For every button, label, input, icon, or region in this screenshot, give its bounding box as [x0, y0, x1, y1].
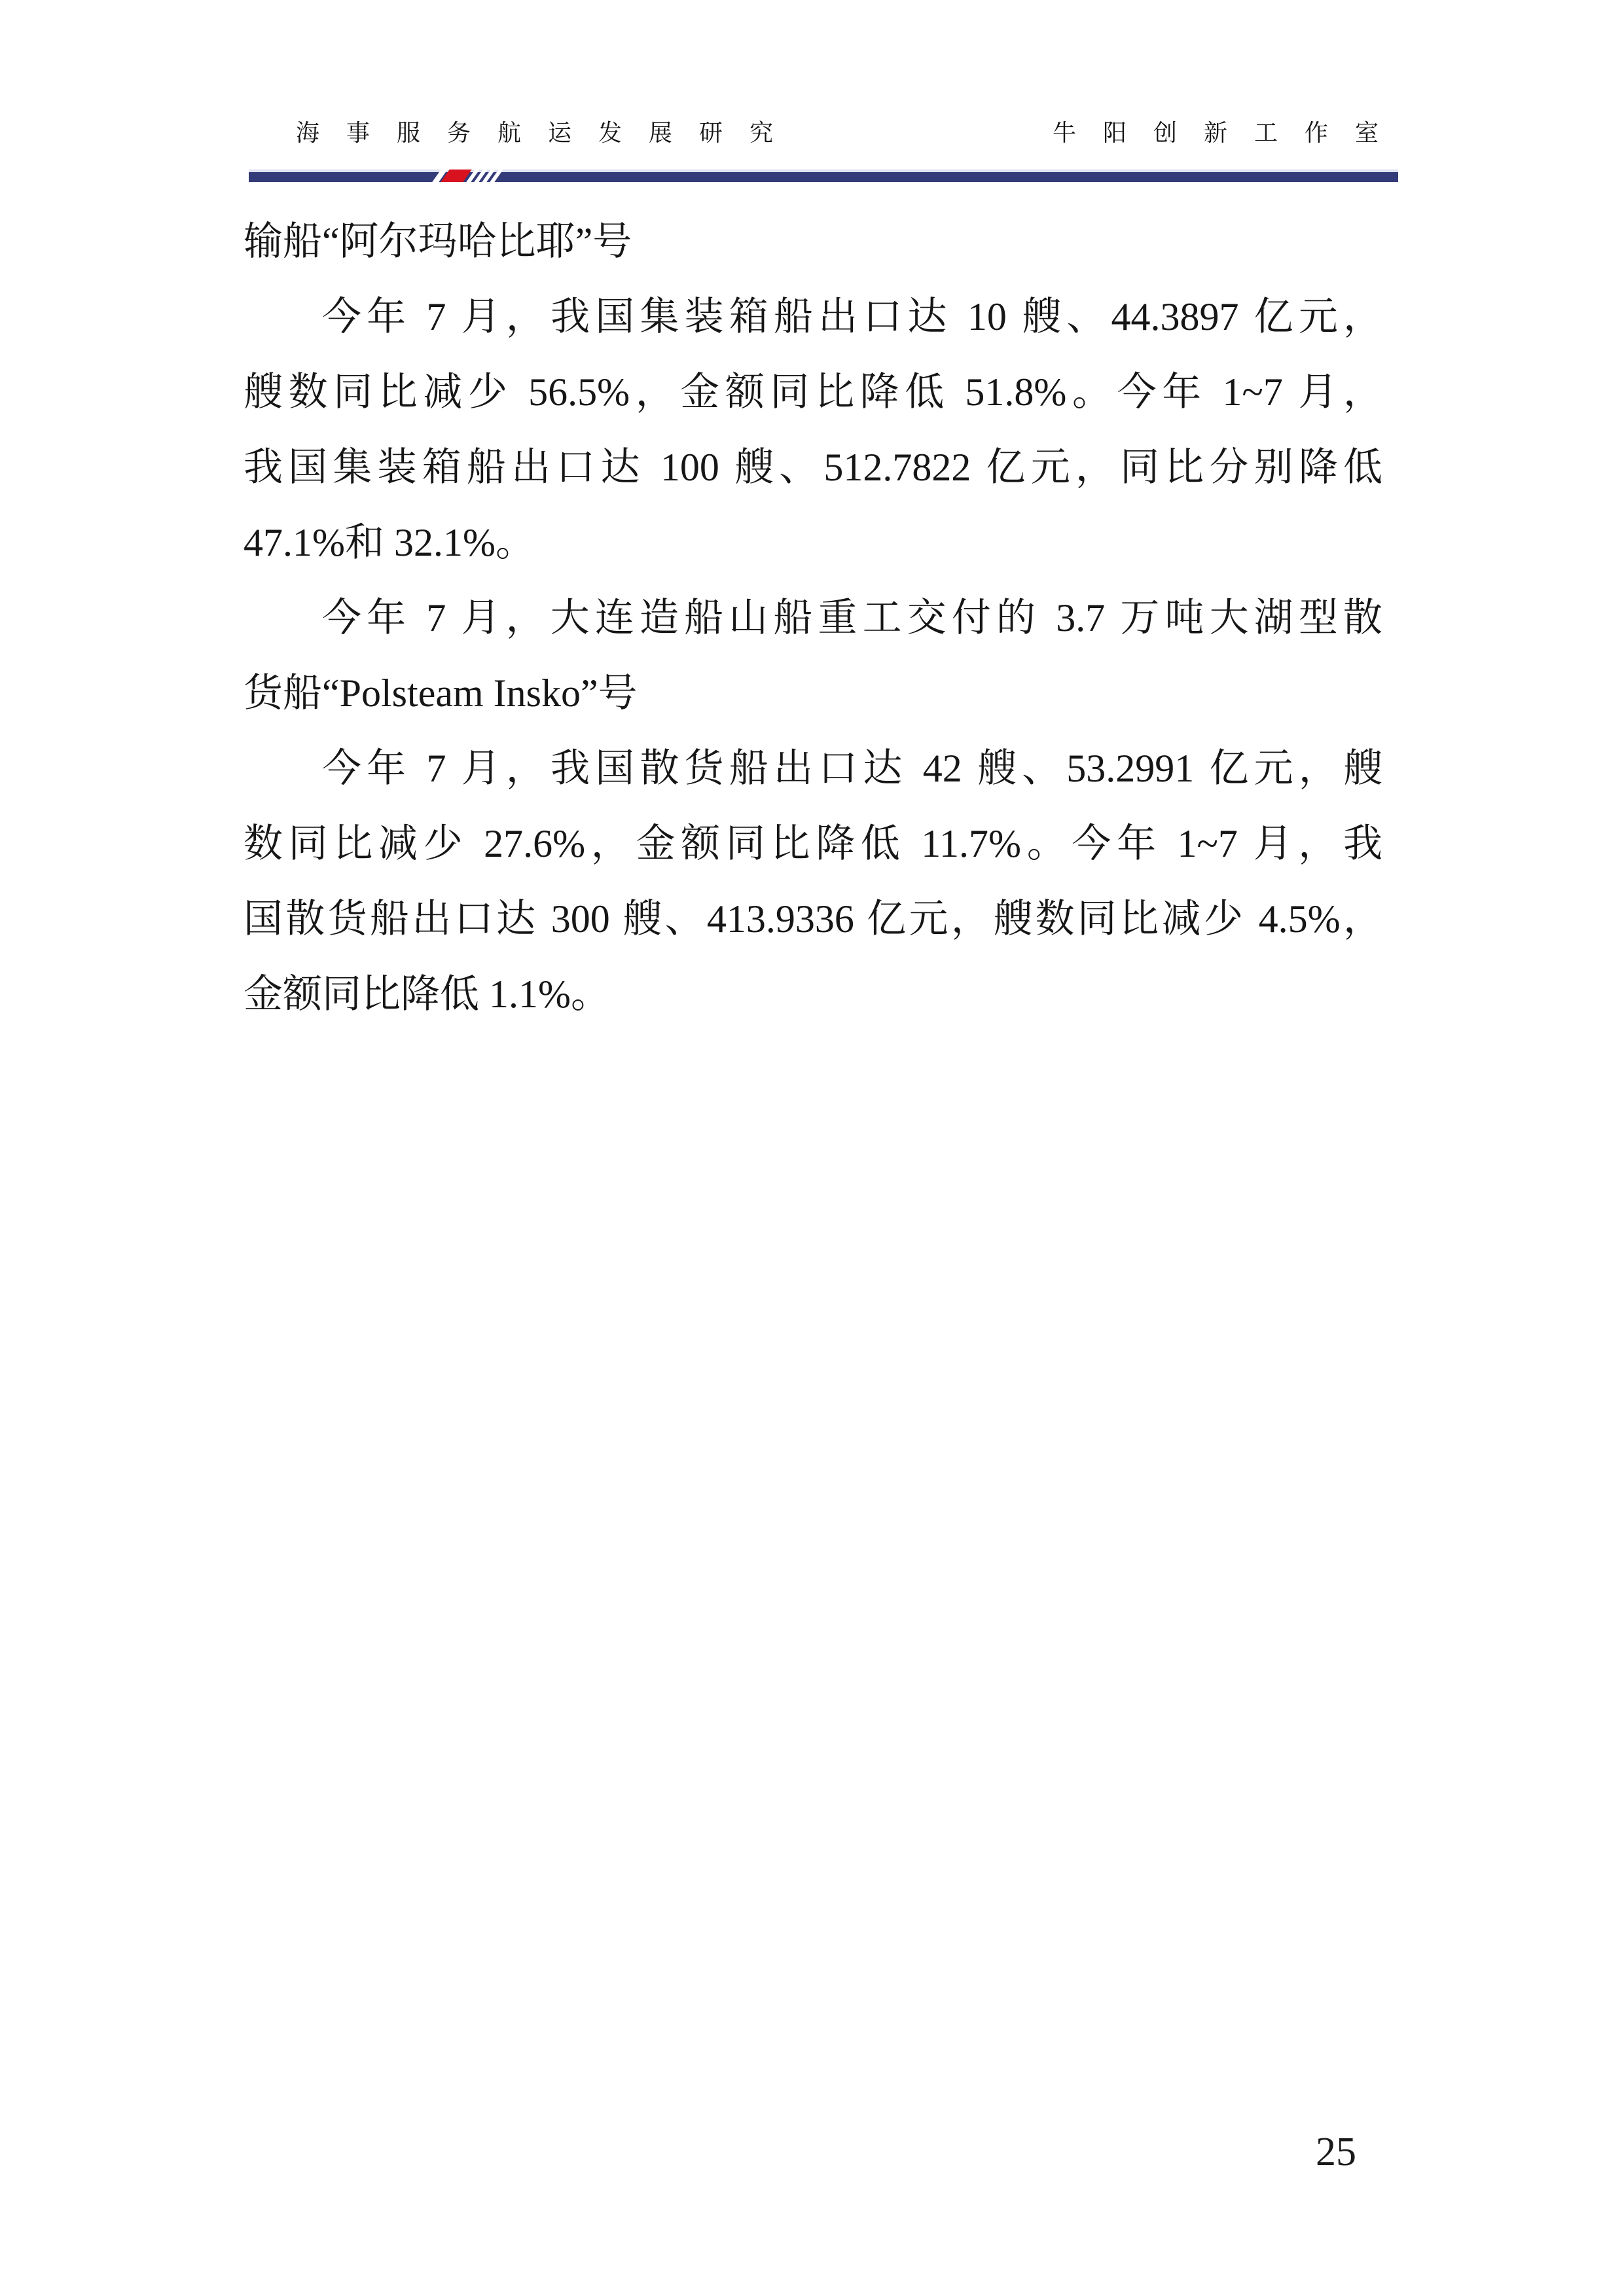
- body-line: 今年 7 月，大连造船山船重工交付的 3.7 万吨大湖型散: [244, 581, 1382, 656]
- body-line: 国散货船出口达 300 艘、413.9336 亿元，艘数同比减少 4.5%，: [244, 882, 1382, 957]
- header-rule: [249, 170, 1398, 182]
- body-line: 47.1%和 32.1%。: [244, 505, 1382, 581]
- document-page: 海事服务航运发展研究 牛阳创新工作室 输船“阿尔玛哈比耶”号 今年 7 月，我国…: [0, 0, 1624, 2296]
- body-line: 数同比减少 27.6%，金额同比降低 11.7%。今年 1~7 月，我: [244, 806, 1382, 882]
- page-number: 25: [1316, 2131, 1356, 2173]
- body-text: 输船“阿尔玛哈比耶”号 今年 7 月，我国集装箱船出口达 10 艘、44.389…: [244, 204, 1382, 1032]
- body-line: 输船“阿尔玛哈比耶”号: [244, 204, 1382, 279]
- body-line: 金额同比降低 1.1%。: [244, 957, 1382, 1032]
- header-right-title: 牛阳创新工作室: [1053, 119, 1405, 147]
- body-line: 艘数同比减少 56.5%，金额同比降低 51.8%。今年 1~7 月，: [244, 355, 1382, 430]
- body-line: 货船“Polsteam Insko”号: [244, 656, 1382, 731]
- body-line: 我国集装箱船出口达 100 艘、512.7822 亿元，同比分别降低: [244, 430, 1382, 505]
- header-left-title: 海事服务航运发展研究: [296, 119, 800, 147]
- body-line: 今年 7 月，我国散货船出口达 42 艘、53.2991 亿元，艘: [244, 731, 1382, 806]
- body-line: 今年 7 月，我国集装箱船出口达 10 艘、44.3897 亿元，: [244, 279, 1382, 355]
